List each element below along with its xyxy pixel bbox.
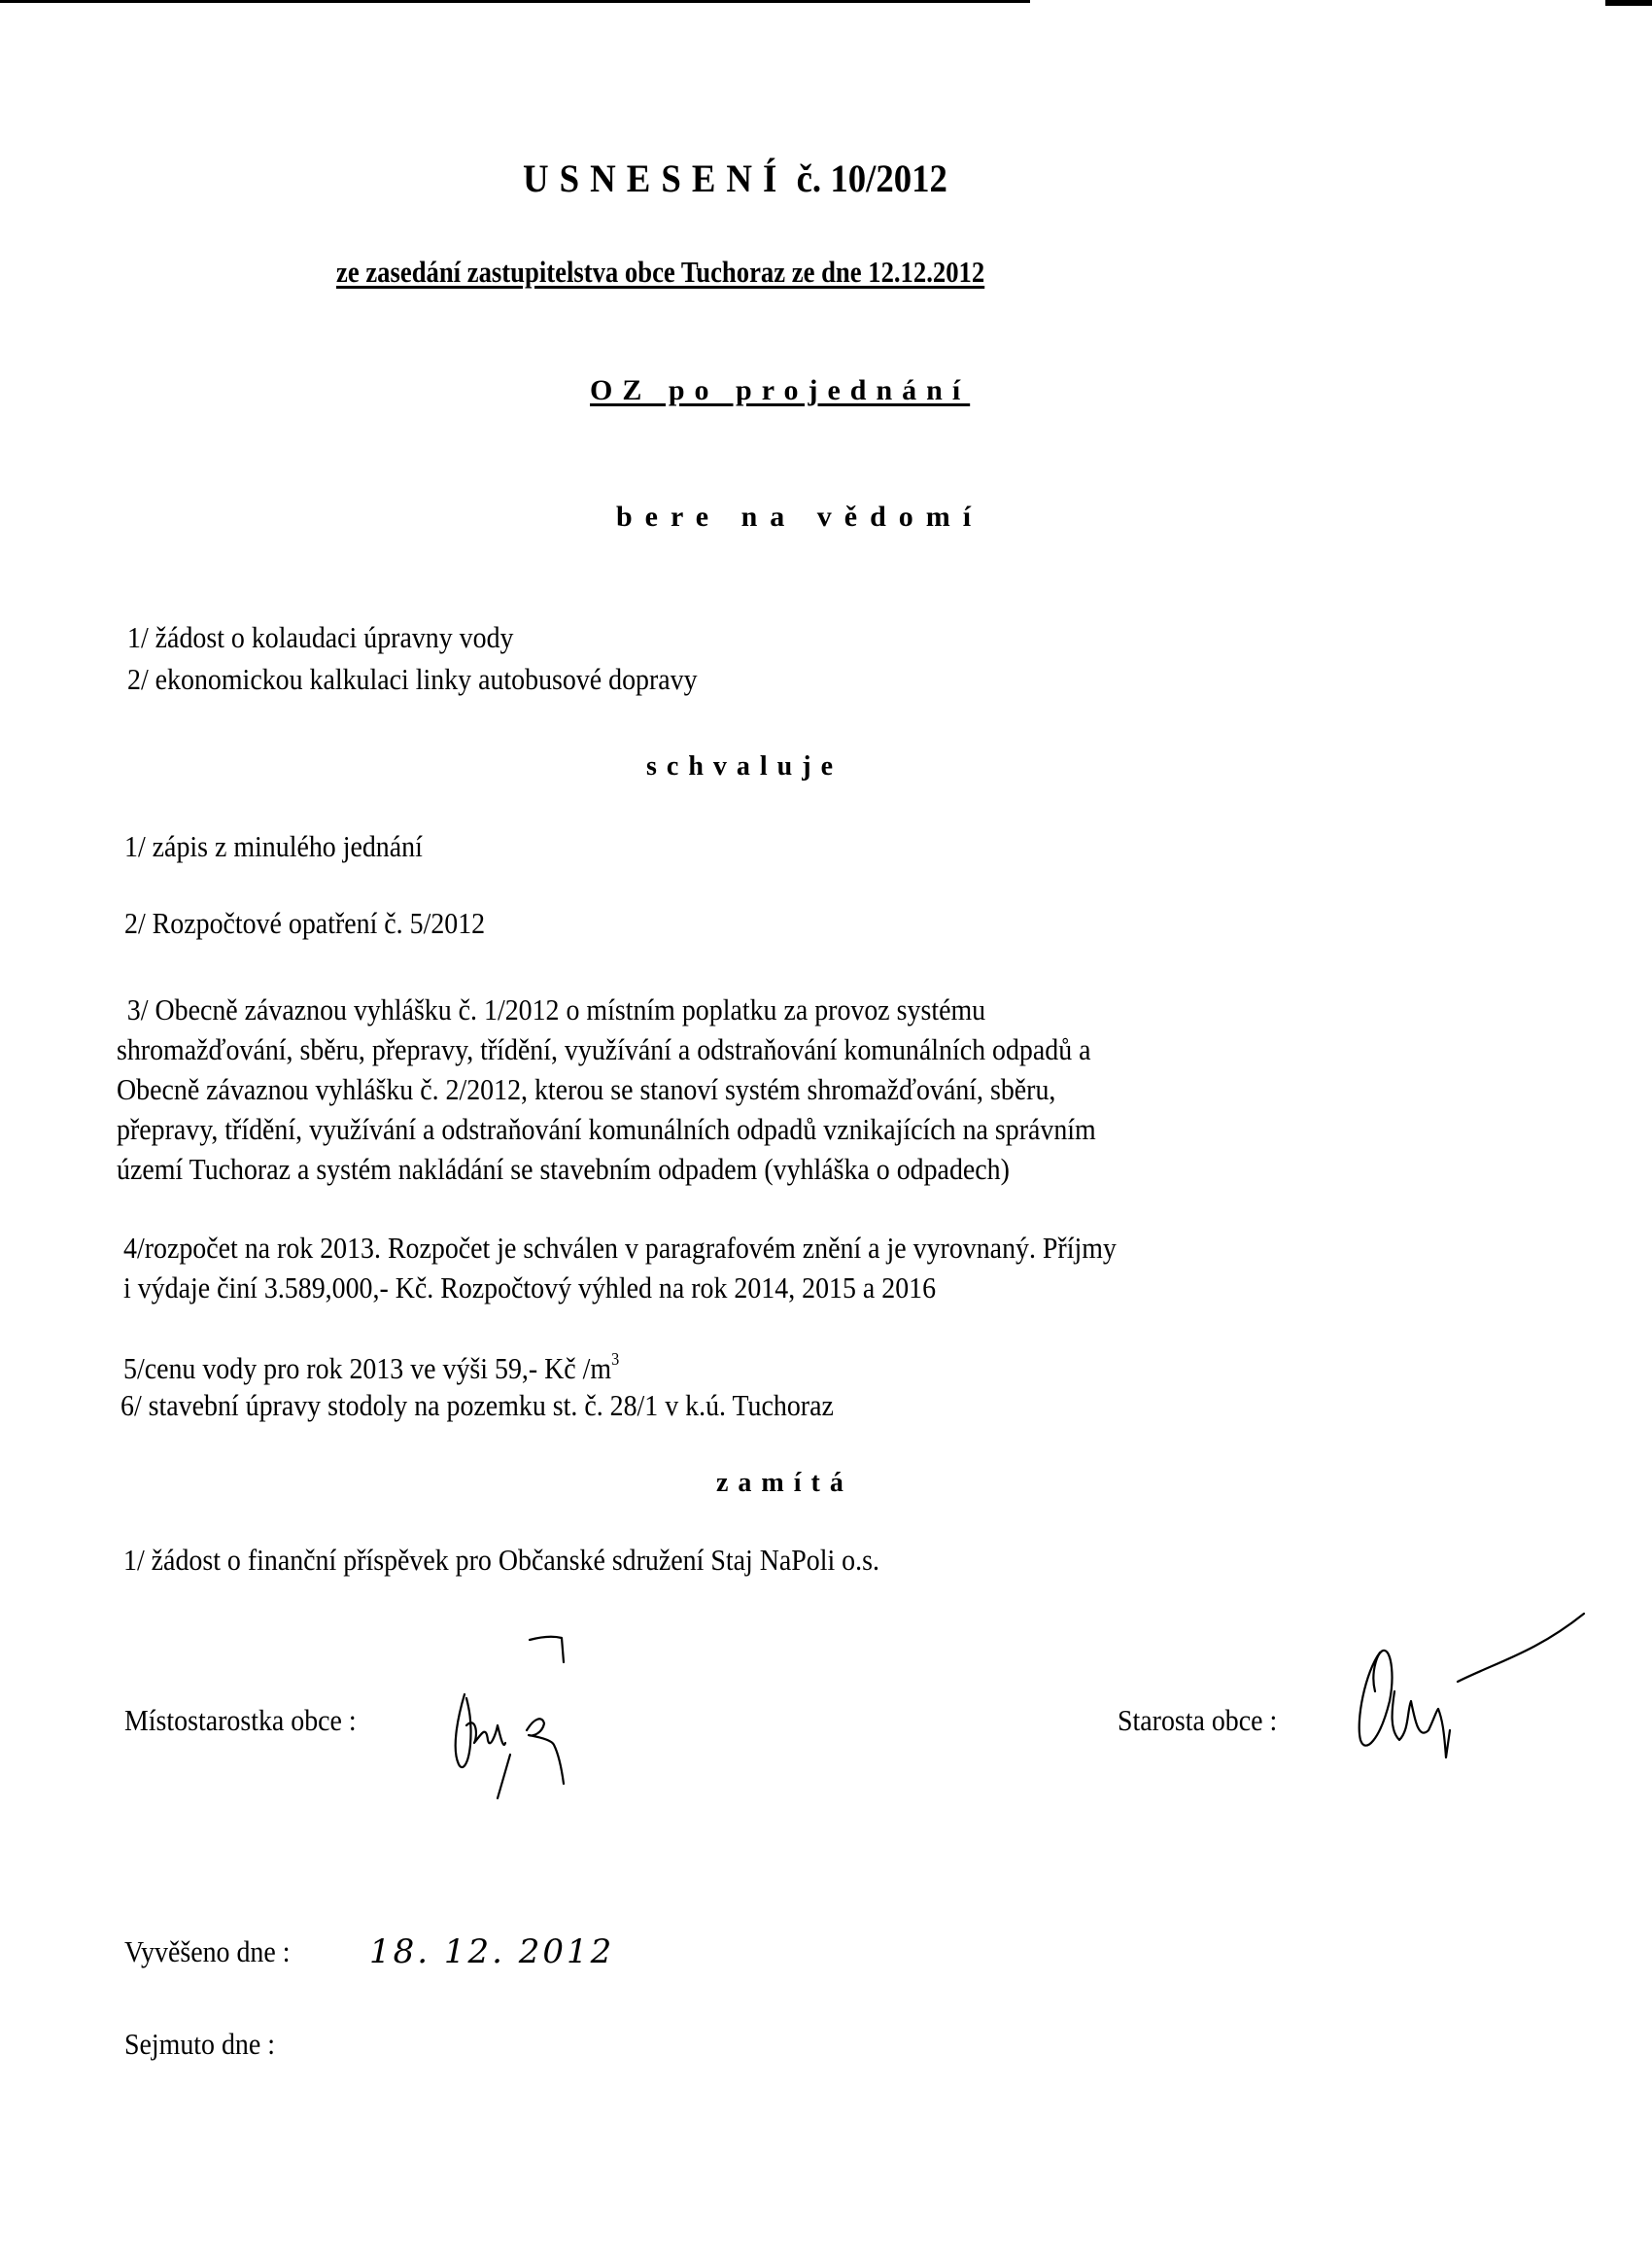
approves-item-4: 4/rozpočet na rok 2013. Rozpočet je schv…	[123, 1228, 1117, 1307]
water-price-text: 5/cenu vody pro rok 2013 ve výši 59,- Kč…	[123, 1351, 611, 1385]
cubic-superscript: 3	[611, 1349, 619, 1369]
section-heading-rejects: zamítá	[716, 1468, 853, 1499]
approves-item-6: 6/ stavební úpravy stodoly na pozemku st…	[120, 1388, 834, 1423]
deputy-mayor-label: Místostarostka obce :	[124, 1703, 357, 1738]
approves-item-3-line: 3/ Obecně závaznou vyhlášku č. 1/2012 o …	[117, 990, 1096, 1029]
approves-item-3: 3/ Obecně závaznou vyhlášku č. 1/2012 o …	[117, 990, 1096, 1189]
posted-date-value: 18. 12. 2012	[369, 1932, 614, 1971]
title-number: č. 10/2012	[797, 157, 947, 200]
mayor-label: Starosta obce :	[1118, 1703, 1277, 1738]
deputy-mayor-signature-icon	[428, 1628, 641, 1803]
title-word: USNESENÍ	[523, 157, 787, 200]
mayor-signature-icon	[1341, 1594, 1594, 1769]
approves-item-3-line: přepravy, třídění, využívání a odstraňov…	[117, 1109, 1096, 1149]
section-heading-acknowledges: bere na vědomí	[616, 501, 983, 534]
approves-item-1: 1/ zápis z minulého jednání	[124, 829, 423, 864]
approves-item-5: 5/cenu vody pro rok 2013 ve výši 59,- Kč…	[123, 1349, 619, 1386]
approves-item-4-line: 4/rozpočet na rok 2013. Rozpočet je schv…	[123, 1228, 1117, 1268]
intro-heading: OZ po projednání	[590, 374, 970, 407]
posted-date-label: Vyvěšeno dne :	[124, 1934, 290, 1969]
rejects-item-1: 1/ žádost o finanční příspěvek pro Občan…	[123, 1543, 879, 1578]
document-subtitle: ze zasedání zastupitelstva obce Tuchoraz…	[336, 255, 984, 290]
approves-item-3-line: Obecně závaznou vyhlášku č. 2/2012, kter…	[117, 1069, 1096, 1109]
document-title: USNESENÍ č. 10/2012	[523, 156, 947, 201]
section-heading-approves: schvaluje	[646, 751, 843, 783]
scan-edge-corner	[1605, 0, 1652, 6]
removed-date-label: Sejmuto dne :	[124, 2027, 275, 2062]
acknowledges-item-2: 2/ ekonomickou kalkulaci linky autobusov…	[127, 662, 698, 697]
scan-edge-top	[0, 0, 1030, 3]
acknowledges-item-1: 1/ žádost o kolaudaci úpravny vody	[127, 620, 513, 655]
approves-item-3-line: území Tuchoraz a systém nakládání se sta…	[117, 1149, 1096, 1189]
approves-item-4-line: i výdaje činí 3.589,000,- Kč. Rozpočtový…	[123, 1268, 1117, 1307]
approves-item-3-line: shromažďování, sběru, přepravy, třídění,…	[117, 1029, 1096, 1069]
approves-item-2: 2/ Rozpočtové opatření č. 5/2012	[124, 906, 485, 941]
